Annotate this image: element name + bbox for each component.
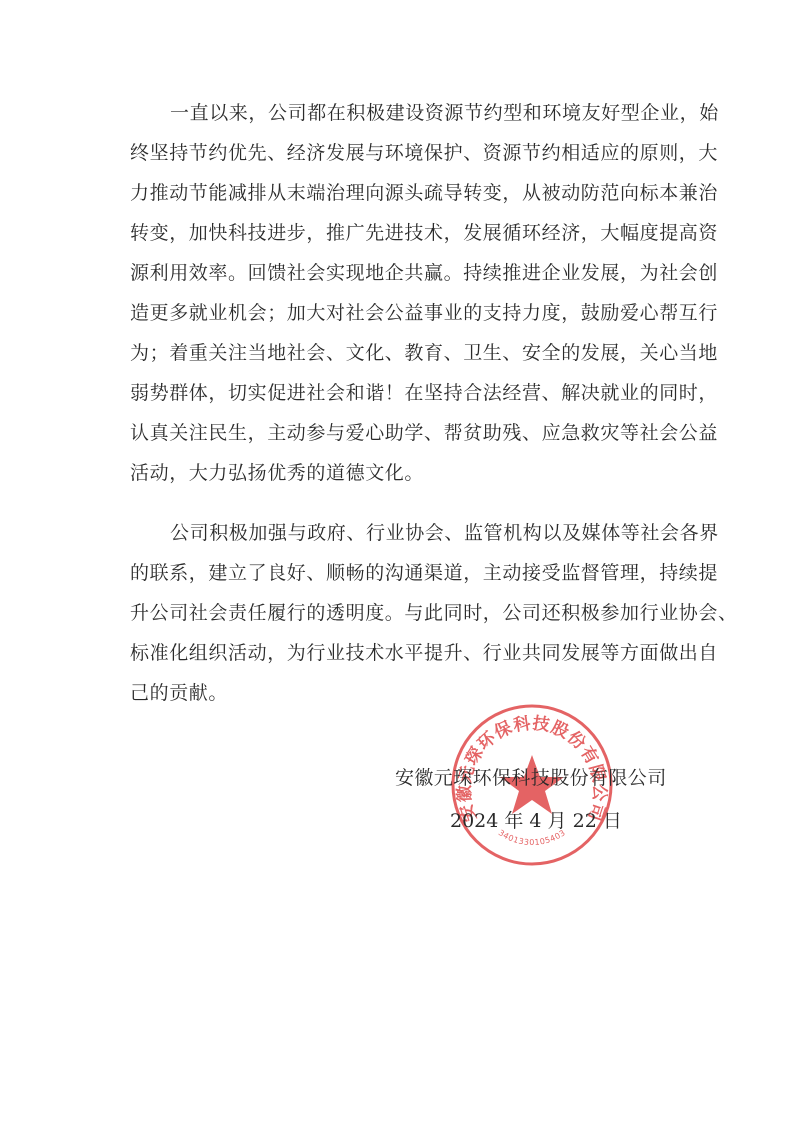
paragraph-1: 一直以来，公司都在积极建设资源节约型和环境友好型企业，始 终坚持节约优先、经济发… — [130, 93, 680, 493]
paragraph-2: 公司积极加强与政府、行业协会、监管机构以及媒体等社会各界 的联系，建立了良好、顺… — [130, 513, 680, 713]
document-page: 一直以来，公司都在积极建设资源节约型和环境友好型企业，始 终坚持节约优先、经济发… — [0, 0, 793, 1121]
paragraph-line: 一直以来，公司都在积极建设资源节约型和环境友好型企业，始 — [130, 93, 680, 133]
paragraph-line: 源利用效率。回馈社会实现地企共赢。持续推进企业发展，为社会创 — [130, 253, 680, 293]
signature-company: 安徽元琛环保科技股份有限公司 — [395, 763, 667, 790]
paragraph-line: 认真关注民生，主动参与爱心助学、帮贫助残、应急救灾等社会公益 — [130, 413, 680, 453]
paragraph-line: 终坚持节约优先、经济发展与环境保护、资源节约相适应的原则，大 — [130, 133, 680, 173]
paragraph-line: 升公司社会责任履行的透明度。与此同时，公司还积极参加行业协会、 — [130, 593, 680, 633]
paragraph-line: 为；着重关注当地社会、文化、教育、卫生、安全的发展，关心当地 — [130, 333, 680, 373]
paragraph-line: 活动，大力弘扬优秀的道德文化。 — [130, 453, 680, 493]
paragraph-line: 力推动节能减排从末端治理向源头疏导转变，从被动防范向标本兼治 — [130, 173, 680, 213]
paragraph-line: 公司积极加强与政府、行业协会、监管机构以及媒体等社会各界 — [130, 513, 680, 553]
signature-date: 2024 年 4 月 22 日 — [450, 806, 622, 833]
paragraph-line: 标准化组织活动，为行业技术水平提升、行业共同发展等方面做出自 — [130, 633, 680, 673]
paragraph-line: 造更多就业机会；加大对社会公益事业的支持力度，鼓励爱心帮互行 — [130, 293, 680, 333]
paragraph-line: 弱势群体，切实促进社会和谐！在坚持合法经营、解决就业的同时， — [130, 373, 680, 413]
paragraph-line: 转变，加快科技进步，推广先进技术，发展循环经济，大幅度提高资 — [130, 213, 680, 253]
paragraph-line: 的联系，建立了良好、顺畅的沟通渠道，主动接受监督管理，持续提 — [130, 553, 680, 593]
